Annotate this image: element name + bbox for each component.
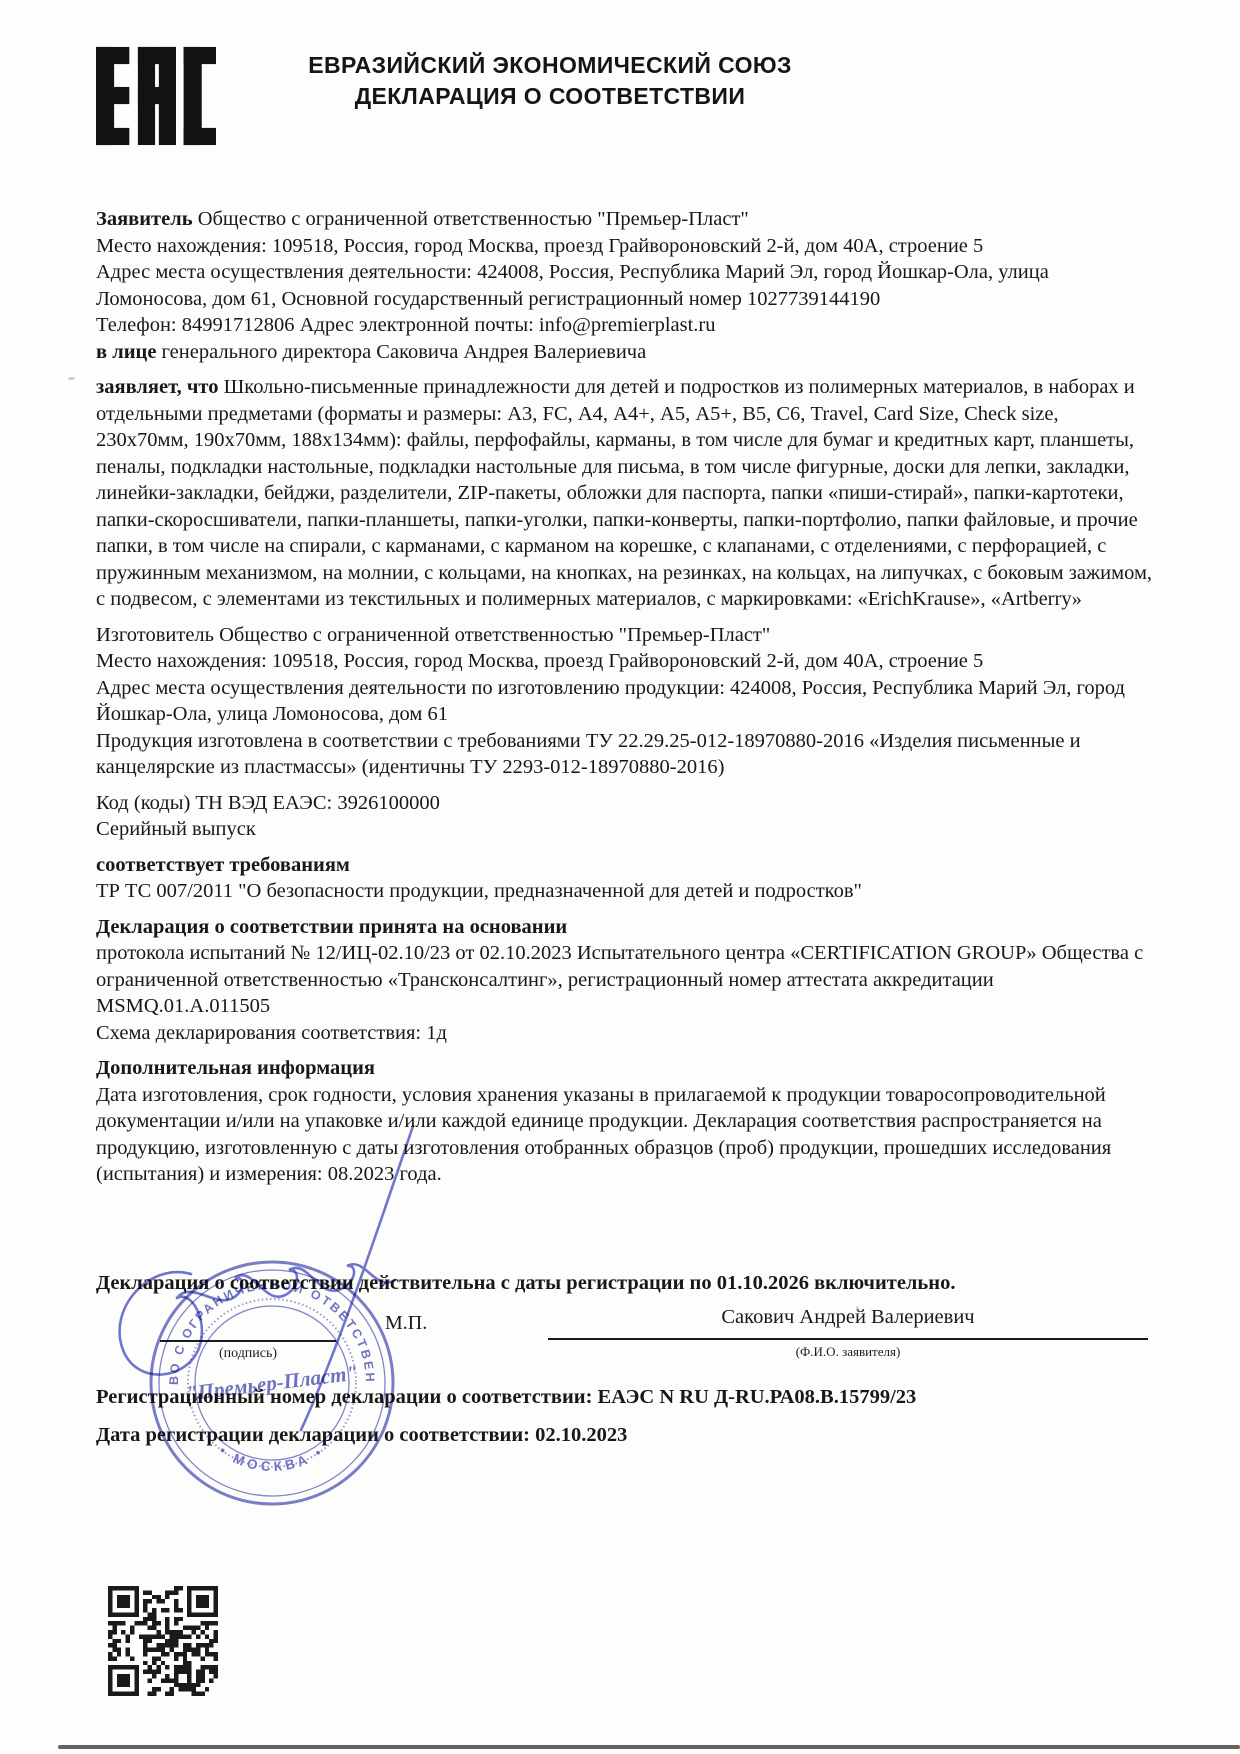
applicant-name: Общество с ограниченной ответственностью… [198,208,749,230]
represented-text: генерального директора Саковича Андрея В… [162,341,647,363]
document-title: ЕВРАЗИЙСКИЙ ЭКОНОМИЧЕСКИЙ СОЮЗ ДЕКЛАРАЦИ… [230,50,870,112]
declares-label: заявляет, что [96,376,218,398]
title-union: ЕВРАЗИЙСКИЙ ЭКОНОМИЧЕСКИЙ СОЮЗ [230,50,870,81]
declaration-document: ЕВРАЗИЙСКИЙ ЭКОНОМИЧЕСКИЙ СОЮЗ ДЕКЛАРАЦИ… [0,0,1240,1754]
handwritten-signature [95,1112,455,1457]
applicant-location: Место нахождения: 109518, Россия, город … [96,233,1154,260]
serial-release: Серийный выпуск [96,816,1154,843]
regulation: ТР ТС 007/2011 "О безопасности продукции… [96,878,1154,905]
manufacturer-block: Изготовитель Общество с ограниченной отв… [96,622,1154,781]
declares-block: заявляет, что Школьно-письменные принадл… [96,374,1154,613]
manufacturer-tu: Продукция изготовлена в соответствии с т… [96,728,1154,781]
basis-heading: Декларация о соответствии принята на осн… [96,914,1154,941]
scan-edge-artifact [58,1745,1240,1749]
applicant-fio: Сакович Андрей Валериевич [548,1306,1148,1329]
test-protocol: протокола испытаний № 12/ИЦ-02.10/23 от … [96,940,1154,1020]
applicant-phone-email: Телефон: 84991712806 Адрес электронной п… [96,312,1154,339]
compliance-block: соответствует требованиям ТР ТС 007/2011… [96,852,1154,905]
fio-line [548,1338,1148,1340]
applicant-block: Заявитель Общество с ограниченной ответс… [96,206,1154,365]
additional-heading: Дополнительная информация [96,1055,1154,1082]
manufacturer-activity-address: Адрес места осуществления деятельности п… [96,675,1154,728]
document-body: Заявитель Общество с ограниченной ответс… [96,206,1154,1197]
manufacturer-location: Место нахождения: 109518, Россия, город … [96,648,1154,675]
declaration-scheme: Схема декларирования соответствия: 1д [96,1020,1154,1047]
basis-block: Декларация о соответствии принята на осн… [96,914,1154,1047]
fio-caption: (Ф.И.О. заявителя) [548,1344,1148,1360]
applicant-line: Заявитель Общество с ограниченной ответс… [96,206,1154,233]
tnved-code: Код (коды) ТН ВЭД ЕАЭС: 3926100000 [96,790,1154,817]
applicant-activity-address: Адрес места осуществления деятельности: … [96,259,1154,312]
applicant-representative: в лице генерального директора Саковича А… [96,339,1154,366]
product-description: Школьно-письменные принадлежности для де… [96,376,1152,610]
manufacturer-line: Изготовитель Общество с ограниченной отв… [96,622,1154,649]
codes-block: Код (коды) ТН ВЭД ЕАЭС: 3926100000 Серий… [96,790,1154,843]
compliance-heading: соответствует требованиям [96,852,1154,879]
scan-speck [856,1306,859,1312]
scan-speck [68,377,75,380]
title-declaration: ДЕКЛАРАЦИЯ О СООТВЕТСТВИИ [230,81,870,112]
represented-label: в лице [96,341,156,363]
qr-code [108,1586,218,1696]
applicant-label: Заявитель [96,208,193,230]
eac-logo [96,44,216,148]
